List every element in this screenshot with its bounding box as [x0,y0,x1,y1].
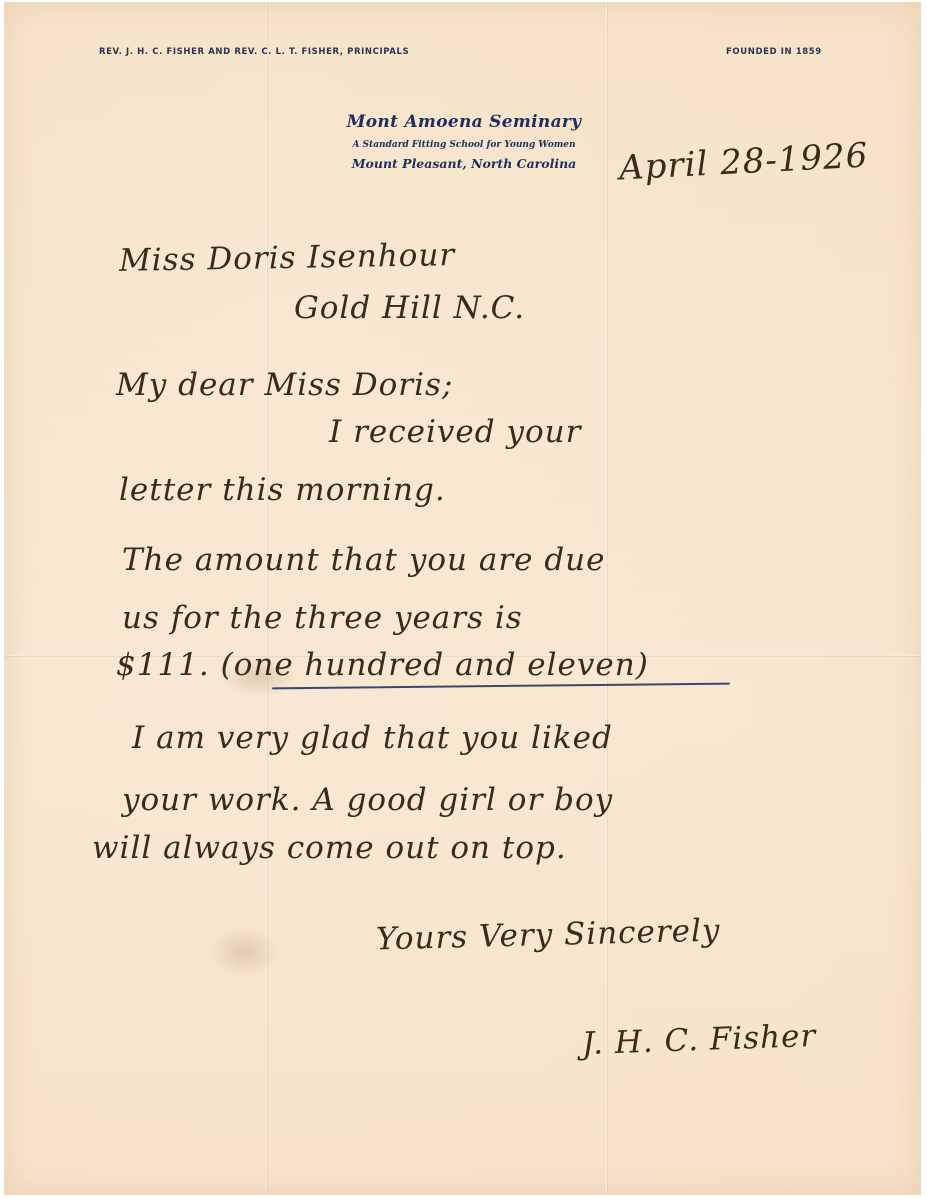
recipient-location: Gold Hill N.C. [294,290,525,326]
body-line-amount: $111. (one hundred and eleven) [116,647,649,683]
body-line: us for the three years is [122,600,523,636]
institution-name: Mont Amoena Seminary [334,112,594,132]
recipient-name: Miss Doris Isenhour [119,237,456,279]
body-line: I am very glad that you liked [132,720,613,756]
letterhead-founded: FOUNDED IN 1859 [726,47,822,57]
letter-paper: REV. J. H. C. FISHER AND REV. C. L. T. F… [4,2,921,1195]
institution-address: Mount Pleasant, North Carolina [334,156,594,171]
salutation: My dear Miss Doris; [116,367,453,403]
body-line: will always come out on top. [92,830,567,866]
body-line: I received your [329,414,581,450]
paper-stain [209,927,279,977]
letter-date: April 28-1926 [618,136,869,189]
institution-tagline: A Standard Fitting School for Young Wome… [334,140,594,150]
letterhead-block: Mont Amoena Seminary A Standard Fitting … [334,112,594,171]
closing: Yours Very Sincerely [376,912,721,957]
fold-line-vertical-right [606,2,608,1195]
amount-underline [272,683,730,690]
body-line: letter this morning. [119,472,446,508]
letterhead-principals: REV. J. H. C. FISHER AND REV. C. L. T. F… [99,47,409,57]
body-line: The amount that you are due [122,542,606,578]
fold-line-vertical-left [266,2,268,1195]
body-line: your work. A good girl or boy [122,782,613,818]
signature: J. H. C. Fisher [581,1018,816,1062]
